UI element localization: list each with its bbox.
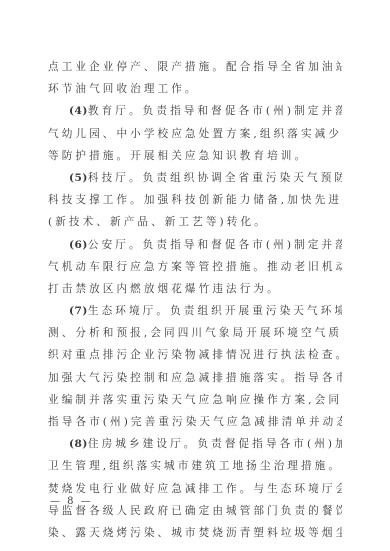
text-line: 住房城乡建设厅。负责督促指导各市(州)加强城市环境 — [88, 438, 342, 450]
text-line: 气机动车限行应急方案等管控措施。推动老旧机动车淘汰。负责 — [48, 256, 342, 278]
text-line: 打击禁放区内燃放烟花爆竹违法行为。 — [48, 278, 342, 300]
section-8-heading-line: (8)住房城乡建设厅。负责督促指导各市(州)加强城市环境 — [48, 433, 342, 455]
text-line: 科技厅。负责组织协调全省重污染天气预防、应对处置 — [88, 172, 342, 184]
section-number: (4) — [69, 105, 88, 117]
text-line: 等防护措施。开展相关应急知识教育培训。 — [48, 145, 342, 167]
section-number: (5) — [69, 172, 88, 184]
text-line: 测、分析和预报,会同四川气象局开展环境空气质量会商研判。组 — [48, 322, 342, 344]
text-line: 业编制并落实重污染天气应急响应操作方案,会同有关部门督促 — [48, 389, 342, 411]
section-7-heading-line: (7)生态环境厅。负责组织开展重污染天气环境空气质量监 — [48, 300, 342, 322]
text-line: 点工业企业停产、限产措施。配合指导全省加油站、储油库装卸油 — [48, 56, 342, 78]
section-5-heading-line: (5)科技厅。负责组织协调全省重污染天气预防、应对处置 — [48, 167, 342, 189]
section-number: (6) — [69, 239, 88, 251]
text-line: 环节油气回收治理工作。 — [48, 78, 342, 100]
text-line: 教育厅。负责指导和督促各市(州)制定并落实重污染天 — [88, 105, 342, 117]
section-number: (8) — [69, 438, 88, 450]
section-4-heading-line: (4)教育厅。负责指导和督促各市(州)制定并落实重污染天 — [48, 100, 342, 122]
page-number: — 8 — — [50, 496, 93, 507]
text-line: 指导各市(州)完善重污染天气应急减排清单并动态更新。 — [48, 411, 342, 433]
text-line: 生态环境厅。负责组织开展重污染天气环境空气质量监 — [88, 305, 342, 317]
section-6-heading-line: (6)公安厅。负责指导和督促各市(州)制定并落实重污染天 — [48, 234, 342, 256]
text-line: 染、露天烧烤污染、城市焚烧沥青塑料垃圾等烟尘和恶臭污染、城 — [48, 522, 342, 544]
text-line: 加强大气污染控制和应急减排措施落实。指导各市(州)组织企 — [48, 367, 342, 389]
document-body: 点工业企业停产、限产措施。配合指导全省加油站、储油库装卸油 环节油气回收治理工作… — [48, 56, 342, 544]
text-line: 气幼儿园、中小学校应急处置方案,组织落实减少或停止户外活动 — [48, 123, 342, 145]
text-line: 公安厅。负责指导和督促各市(州)制定并落实重污染天 — [88, 239, 342, 251]
text-line: 织对重点排污企业污染物减排情况进行执法检查。联合相关部门 — [48, 344, 342, 366]
text-line: 科技支撑工作。加强科技创新能力储备,加快先进适用科技成果 — [48, 189, 342, 211]
text-line: (新技术、新产品、新工艺等)转化。 — [48, 211, 342, 233]
section-number: (7) — [69, 305, 88, 317]
document-page: 点工业企业停产、限产措施。配合指导全省加油站、储油库装卸油 环节油气回收治理工作… — [0, 0, 390, 551]
text-line: 卫生管理,组织落实城市建筑工地扬尘治理措施。督促指导垃圾 — [48, 455, 342, 477]
